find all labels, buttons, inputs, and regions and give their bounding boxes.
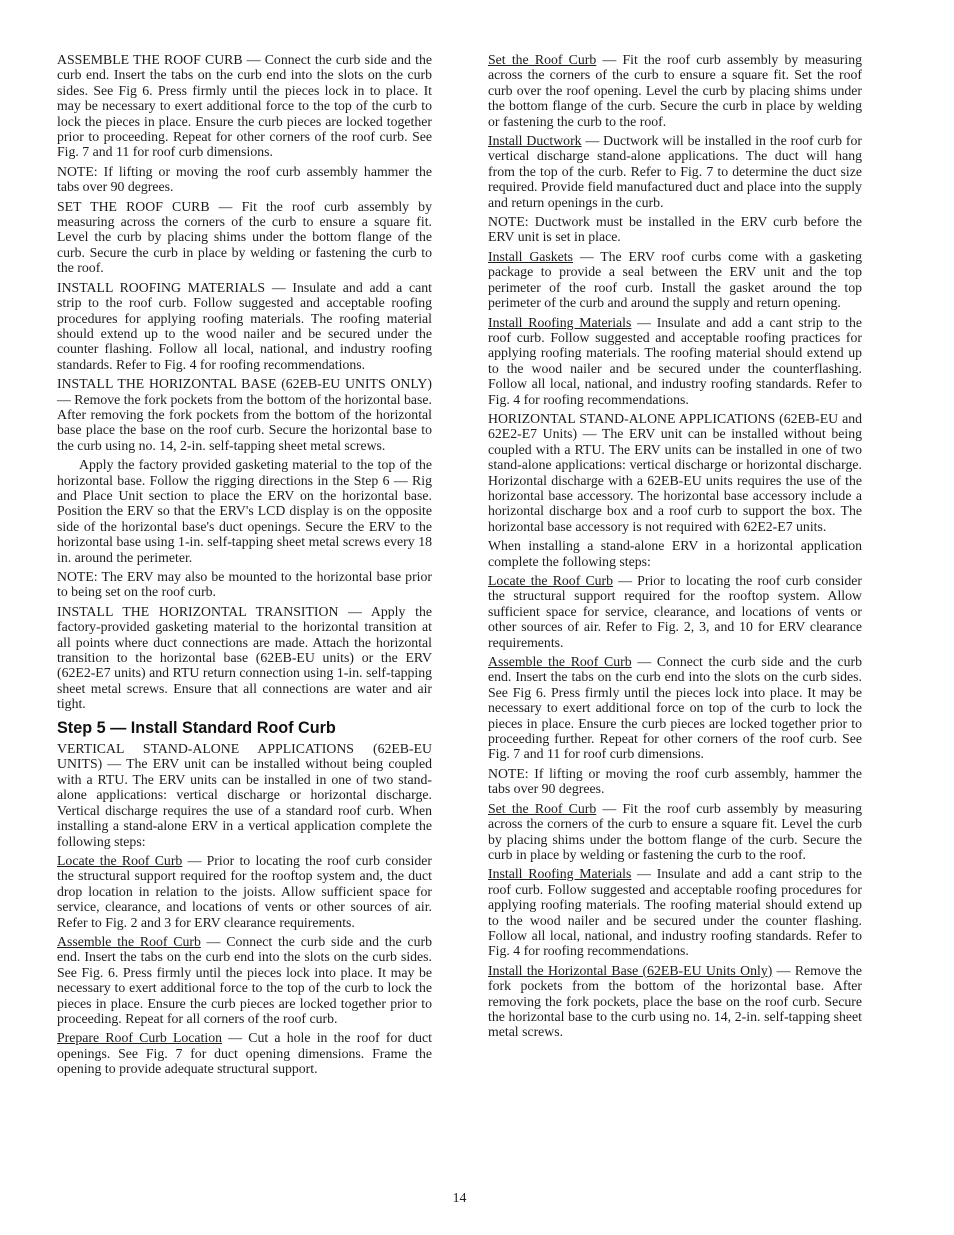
paragraph-text: — The ERV unit can be installed without … — [488, 426, 862, 533]
run-in-heading: INSTALL ROOFING MATERIALS — [57, 280, 265, 295]
run-in-heading-underlined: Install Ductwork — [488, 133, 582, 148]
run-in-heading-underlined: Locate the Roof Curb — [488, 573, 613, 588]
run-in-heading: ASSEMBLE THE ROOF CURB — [57, 52, 243, 67]
paragraph-text: NOTE: Ductwork must be installed in the … — [488, 214, 862, 244]
note-hammer-tabs: NOTE: If lifting or moving the roof curb… — [488, 766, 862, 797]
para-install-horizontal-base: Install the Horizontal Base (62EB-EU Uni… — [488, 963, 862, 1040]
paragraph-text: — Connect the curb side and the curb end… — [488, 654, 862, 761]
run-in-heading: SET THE ROOF CURB — [57, 199, 210, 214]
para-install-horizontal-base: INSTALL THE HORIZONTAL BASE (62EB-EU UNI… — [57, 376, 432, 453]
run-in-heading-underlined: Prepare Roof Curb Location — [57, 1030, 222, 1045]
paragraph-text: When installing a stand-alone ERV in a h… — [488, 538, 862, 568]
paragraph-text: NOTE: The ERV may also be mounted to the… — [57, 569, 432, 599]
paragraph-text: Apply the factory provided gasketing mat… — [57, 457, 432, 564]
run-in-heading-underlined: Install Roofing Materials — [488, 315, 631, 330]
paragraph-text: — The ERV unit can be installed without … — [57, 756, 432, 848]
para-install-roofing-materials: INSTALL ROOFING MATERIALS — Insulate and… — [57, 280, 432, 372]
para-assemble-the-roof-curb: ASSEMBLE THE ROOF CURB — Connect the cur… — [57, 52, 432, 160]
para-locate-the-roof-curb: Locate the Roof Curb — Prior to locating… — [488, 573, 862, 650]
section-heading-step-5: Step 5 — Install Standard Roof Curb — [57, 721, 432, 736]
para-install-roofing-materials-2: Install Roofing Materials — Insulate and… — [488, 866, 862, 958]
para-vertical-stand-alone-applications: VERTICAL STAND-ALONE APPLICATIONS (62EB-… — [57, 741, 432, 849]
para-install-horizontal-transition: INSTALL THE HORIZONTAL TRANSITION — Appl… — [57, 604, 432, 712]
para-install-roofing-materials: Install Roofing Materials — Insulate and… — [488, 315, 862, 407]
para-apply-gasketing: Apply the factory provided gasketing mat… — [57, 457, 432, 565]
left-column: ASSEMBLE THE ROOF CURB — Connect the cur… — [57, 52, 432, 1081]
run-in-heading-underlined: Install the Horizontal Base (62EB-EU Uni… — [488, 963, 772, 978]
run-in-heading-underlined: Assemble the Roof Curb — [57, 934, 201, 949]
para-locate-the-roof-curb: Locate the Roof Curb — Prior to locating… — [57, 853, 432, 930]
para-install-gaskets: Install Gaskets — The ERV roof curbs com… — [488, 249, 862, 311]
para-horizontal-stand-alone-applications: HORIZONTAL STAND-ALONE APPLICATIONS (62E… — [488, 411, 862, 534]
para-horizontal-steps-intro: When installing a stand-alone ERV in a h… — [488, 538, 862, 569]
run-in-heading: INSTALL THE HORIZONTAL BASE (62EB-EU UNI… — [57, 376, 432, 391]
paragraph-text: — Connect the curb side and the curb end… — [57, 52, 432, 159]
run-in-heading-underlined: Assemble the Roof Curb — [488, 654, 632, 669]
paragraph-text: — Remove the fork pockets from the botto… — [57, 392, 432, 453]
paragraph-text: — Apply the factory-provided gasketing m… — [57, 604, 432, 711]
note-erv-mounting: NOTE: The ERV may also be mounted to the… — [57, 569, 432, 600]
run-in-heading-underlined: Set the Roof Curb — [488, 801, 596, 816]
run-in-heading-underlined: Set the Roof Curb — [488, 52, 596, 67]
run-in-heading-underlined: Install Roofing Materials — [488, 866, 631, 881]
manual-page: ASSEMBLE THE ROOF CURB — Connect the cur… — [0, 0, 954, 1235]
run-in-heading-underlined: Install Gaskets — [488, 249, 573, 264]
para-set-the-roof-curb-2: Set the Roof Curb — Fit the roof curb as… — [488, 801, 862, 863]
page-number: 14 — [57, 1190, 862, 1205]
two-column-layout: ASSEMBLE THE ROOF CURB — Connect the cur… — [57, 52, 862, 1081]
para-assemble-the-roof-curb: Assemble the Roof Curb — Connect the cur… — [488, 654, 862, 762]
right-column: Set the Roof Curb — Fit the roof curb as… — [488, 52, 862, 1081]
note-ductwork-first: NOTE: Ductwork must be installed in the … — [488, 214, 862, 245]
para-install-ductwork: Install Ductwork — Ductwork will be inst… — [488, 133, 862, 210]
para-set-the-roof-curb: SET THE ROOF CURB — Fit the roof curb as… — [57, 199, 432, 276]
paragraph-text: NOTE: If lifting or moving the roof curb… — [488, 766, 862, 796]
run-in-heading: INSTALL THE HORIZONTAL TRANSITION — [57, 604, 338, 619]
para-assemble-the-roof-curb-2: Assemble the Roof Curb — Connect the cur… — [57, 934, 432, 1026]
para-set-the-roof-curb: Set the Roof Curb — Fit the roof curb as… — [488, 52, 862, 129]
paragraph-text: NOTE: If lifting or moving the roof curb… — [57, 164, 432, 194]
note-hammer-tabs: NOTE: If lifting or moving the roof curb… — [57, 164, 432, 195]
para-prepare-roof-curb-location: Prepare Roof Curb Location — Cut a hole … — [57, 1030, 432, 1076]
run-in-heading-underlined: Locate the Roof Curb — [57, 853, 182, 868]
